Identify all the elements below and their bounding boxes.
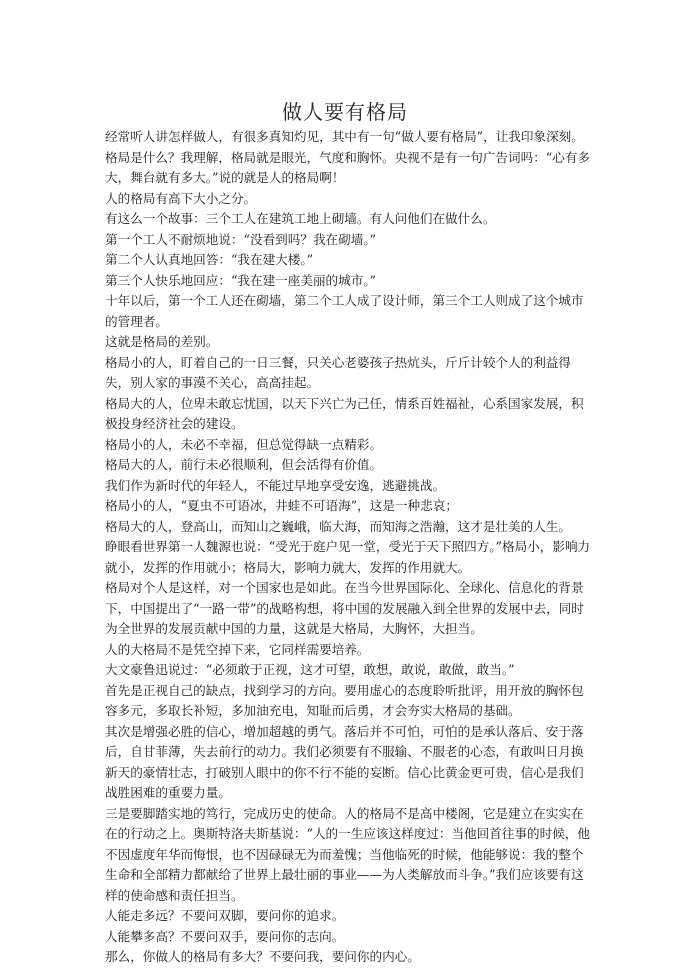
paragraph: 这就是格局的差别。 bbox=[105, 332, 595, 353]
paragraph: 有这么一个故事：三个工人在建筑工地上砌墙。有人问他们在做什么。 bbox=[105, 209, 595, 230]
paragraph: 格局对个人是这样，对一个国家也是如此。在当今世界国际化、全球化、信息化的背景下，… bbox=[105, 578, 595, 640]
paragraph: 那么，你做人的格局有多大？不要问我，要问你的内心。 bbox=[105, 947, 595, 968]
paragraph: 经常听人讲怎样做人，有很多真知灼见，其中有一句“做人要有格局”，让我印象深刻。 bbox=[105, 127, 595, 148]
paragraph: 人的格局有高下大小之分。 bbox=[105, 189, 595, 210]
paragraph: 第一个工人不耐烦地说：“没看到吗？我在砌墙。” bbox=[105, 230, 595, 251]
paragraph: 格局是什么？我理解，格局就是眼光，气度和胸怀。央视不是有一句广告词吗：“心有多大… bbox=[105, 148, 595, 189]
paragraph: 格局大的人，位卑未敢忘忧国，以天下兴亡为己任，情系百姓福祉，心系国家发展，积极投… bbox=[105, 394, 595, 435]
paragraph: 人的大格局不是凭空掉下来，它同样需要培养。 bbox=[105, 640, 595, 661]
document-title: 做人要有格局 bbox=[0, 99, 690, 125]
paragraph: 格局大的人，前行未必很顺利，但会活得有价值。 bbox=[105, 455, 595, 476]
paragraph: 第二个人认真地回答：“我在建大楼。” bbox=[105, 250, 595, 271]
paragraph: 大文豪鲁迅说过：“必须敢于正视，这才可望，敢想，敢说，敢做，敢当。” bbox=[105, 660, 595, 681]
paragraph: 十年以后，第一个工人还在砌墙，第二个工人成了设计师，第三个工人则成了这个城市的管… bbox=[105, 291, 595, 332]
document-body: 经常听人讲怎样做人，有很多真知灼见，其中有一句“做人要有格局”，让我印象深刻。 … bbox=[105, 127, 595, 968]
paragraph: 睁眼看世界第一人魏源也说：“受光于庭户见一堂，受光于天下照四方。”格局小，影响力… bbox=[105, 537, 595, 578]
document-page: 做人要有格局 经常听人讲怎样做人，有很多真知灼见，其中有一句“做人要有格局”，让… bbox=[0, 0, 690, 976]
paragraph: 三是要脚踏实地的笃行，完成历史的使命。人的格局不是高中楼阁，它是建立在实实在在的… bbox=[105, 804, 595, 907]
paragraph: 格局小的人，“夏虫不可语冰，井蛙不可语海”，这是一种悲哀； bbox=[105, 496, 595, 517]
paragraph: 人能攀多高？不要问双手，要问你的志向。 bbox=[105, 927, 595, 948]
paragraph: 首先是正视自己的缺点，找到学习的方向。要用虚心的态度聆听批评，用开放的胸怀包容多… bbox=[105, 681, 595, 722]
paragraph: 其次是增强必胜的信心，增加超越的勇气。落后并不可怕，可怕的是承认落后、安于落后，… bbox=[105, 722, 595, 804]
paragraph: 格局大的人，登高山，而知山之巍峨，临大海，而知海之浩瀚，这才是壮美的人生。 bbox=[105, 517, 595, 538]
paragraph: 我们作为新时代的年轻人，不能过早地享受安逸，逃避挑战。 bbox=[105, 476, 595, 497]
paragraph: 第三个人快乐地回应：“我在建一座美丽的城市。” bbox=[105, 271, 595, 292]
paragraph: 格局小的人，盯着自己的一日三餐，只关心老婆孩子热炕头，斤斤计较个人的利益得失，别… bbox=[105, 353, 595, 394]
paragraph: 人能走多远？不要问双脚，要问你的追求。 bbox=[105, 906, 595, 927]
paragraph: 格局小的人，未必不幸福，但总觉得缺一点精彩。 bbox=[105, 435, 595, 456]
